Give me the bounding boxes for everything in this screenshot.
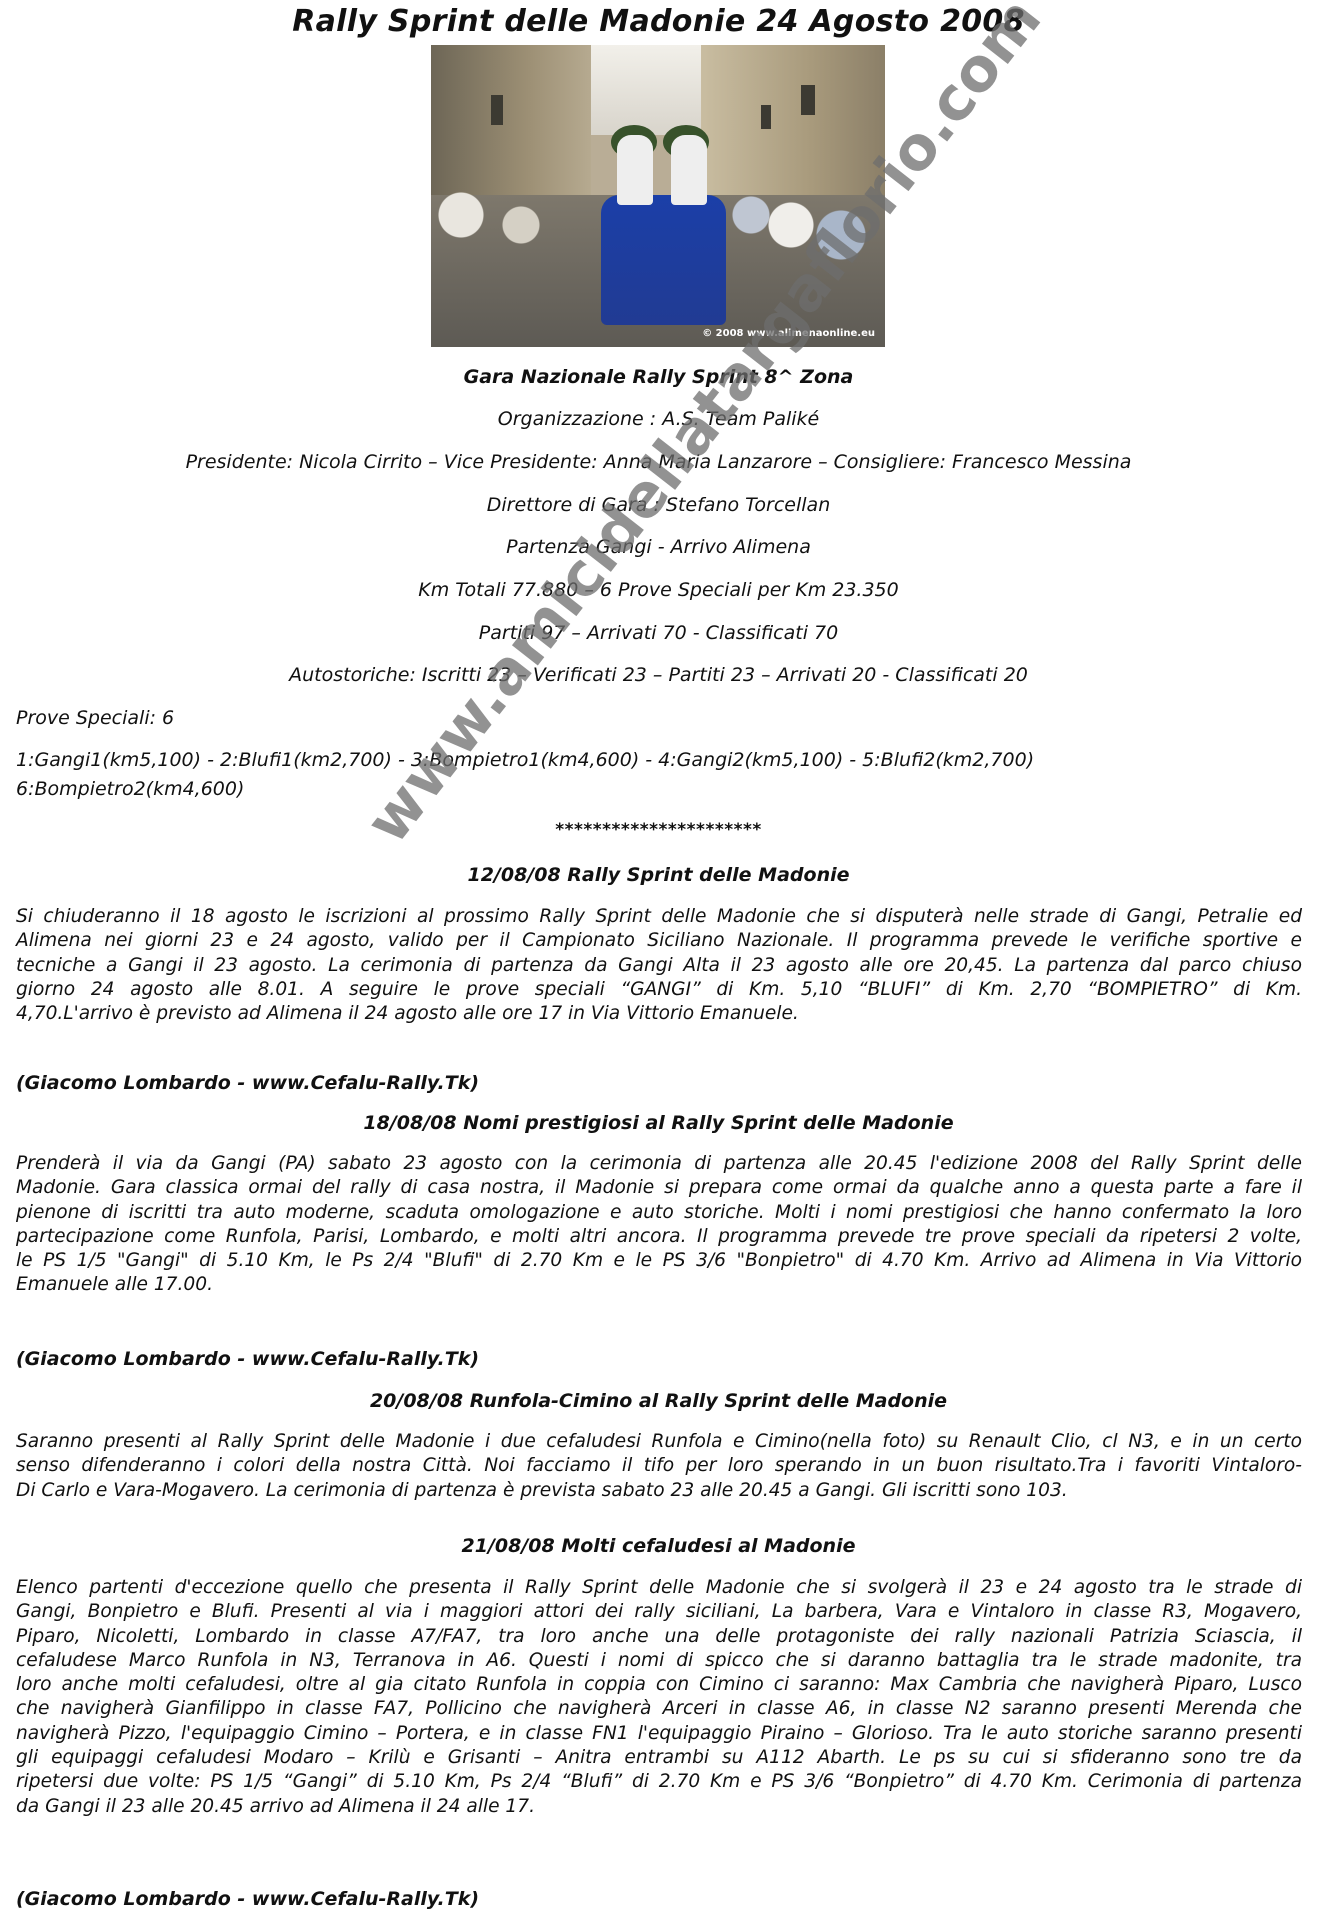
special-stages-list: 1:Gangi1(km5,100) - 2:Blufi1(km2,700) - … (16, 749, 1034, 771)
article-line: Gangi, Bonpietro e Blufi. Presenti al vi… (16, 1600, 1302, 1624)
article-body: Prenderà il via da Gangi (PA) sabato 23 … (16, 1152, 1302, 1298)
article-line: Di Carlo e Vara-Mogavero. La cerimonia d… (16, 1479, 1302, 1503)
article-line: Piparo, Nicoletti, Lombardo in classe A7… (16, 1625, 1302, 1649)
results: Partiti 97 – Arrivati 70 - Classificati … (0, 622, 1317, 644)
article-line: senso difenderanno i colori della nostra… (16, 1454, 1302, 1478)
article-line: gli equipaggi cefaludesi Modaro – Krilù … (16, 1746, 1302, 1770)
article-line: Si chiuderanno il 18 agosto le iscrizion… (16, 905, 1302, 929)
rally-winners-photo: © 2008 www.alimenaonline.eu (431, 45, 885, 347)
organization: Organizzazione : A.S. Team Paliké (0, 408, 1317, 430)
distance: Km Totali 77.880 – 6 Prove Speciali per … (0, 579, 1317, 601)
article-line: 4,70.L'arrivo è previsto ad Alimena il 2… (16, 1002, 1302, 1026)
article-line: tecniche a Gangi il 23 agosto. La cerimo… (16, 954, 1302, 978)
article-line: navigherà Pizzo, l'equipaggio Cimino – P… (16, 1722, 1302, 1746)
article-body: Si chiuderanno il 18 agosto le iscrizion… (16, 905, 1302, 1026)
special-stages-list-cont: 6:Bompietro2(km4,600) (16, 778, 244, 800)
page-title: Rally Sprint delle Madonie 24 Agosto 200… (0, 4, 1317, 39)
article-signature: (Giacomo Lombardo - www.Cefalu-Rally.Tk) (16, 1072, 479, 1094)
article-line: Emanuele alle 17.00. (16, 1273, 1302, 1297)
officers: Presidente: Nicola Cirrito – Vice Presid… (0, 451, 1317, 473)
article-heading: 18/08/08 Nomi prestigiosi al Rally Sprin… (0, 1112, 1317, 1134)
photo-window (761, 105, 771, 129)
separator: ********************** (0, 820, 1317, 840)
article-line: le PS 1/5 "Gangi" di 5.10 Km, le Ps 2/4 … (16, 1249, 1302, 1273)
photo-driver (671, 135, 707, 205)
article-body: Saranno presenti al Rally Sprint delle M… (16, 1430, 1302, 1503)
article-signature: (Giacomo Lombardo - www.Cefalu-Rally.Tk) (16, 1888, 479, 1910)
article-line: che navigherà Gianfilippo in classe FA7,… (16, 1697, 1302, 1721)
photo-window (491, 95, 503, 125)
article-heading: 12/08/08 Rally Sprint delle Madonie (0, 864, 1317, 886)
article-heading: 20/08/08 Runfola-Cimino al Rally Sprint … (0, 1390, 1317, 1412)
article-line: pienone di iscritti tra auto moderne, sc… (16, 1201, 1302, 1225)
article-line: partecipazione come Runfola, Parisi, Lom… (16, 1225, 1302, 1249)
route: Partenza Gangi - Arrivo Alimena (0, 536, 1317, 558)
race-director: Direttore di Gara : Stefano Torcellan (0, 494, 1317, 516)
article-line: Elenco partenti d'eccezione quello che p… (16, 1576, 1302, 1600)
photo-sky (571, 45, 721, 135)
photo-rally-car (601, 195, 726, 325)
article-signature: (Giacomo Lombardo - www.Cefalu-Rally.Tk) (16, 1348, 479, 1370)
photo-window (801, 85, 815, 115)
article-line: loro anche molti cefaludesi, oltre al gi… (16, 1673, 1302, 1697)
article-line: giorno 24 agosto alle 8.01. A seguire le… (16, 978, 1302, 1002)
article-line: da Gangi il 23 alle 20.45 arrivo ad Alim… (16, 1795, 1302, 1819)
article-body: Elenco partenti d'eccezione quello che p… (16, 1576, 1302, 1819)
article-line: Saranno presenti al Rally Sprint delle M… (16, 1430, 1302, 1454)
event-type: Gara Nazionale Rally Sprint 8^ Zona (0, 366, 1317, 388)
article-line: ripetersi due volte: PS 1/5 “Gangi” di 5… (16, 1770, 1302, 1794)
article-line: Alimena nei giorni 23 e 24 agosto, valid… (16, 929, 1302, 953)
historic-cars: Autostoriche: Iscritti 23 – Verificati 2… (0, 664, 1317, 686)
article-line: Prenderà il via da Gangi (PA) sabato 23 … (16, 1152, 1302, 1176)
document-page: Rally Sprint delle Madonie 24 Agosto 200… (0, 0, 1317, 1920)
photo-driver (617, 135, 653, 205)
photo-credit: © 2008 www.alimenaonline.eu (702, 328, 875, 339)
special-stages-label: Prove Speciali: 6 (16, 707, 174, 729)
article-line: cefaludese Marco Runfola in N3, Terranov… (16, 1649, 1302, 1673)
article-line: Madonie. Gara classica ormai del rally d… (16, 1176, 1302, 1200)
article-heading: 21/08/08 Molti cefaludesi al Madonie (0, 1535, 1317, 1557)
